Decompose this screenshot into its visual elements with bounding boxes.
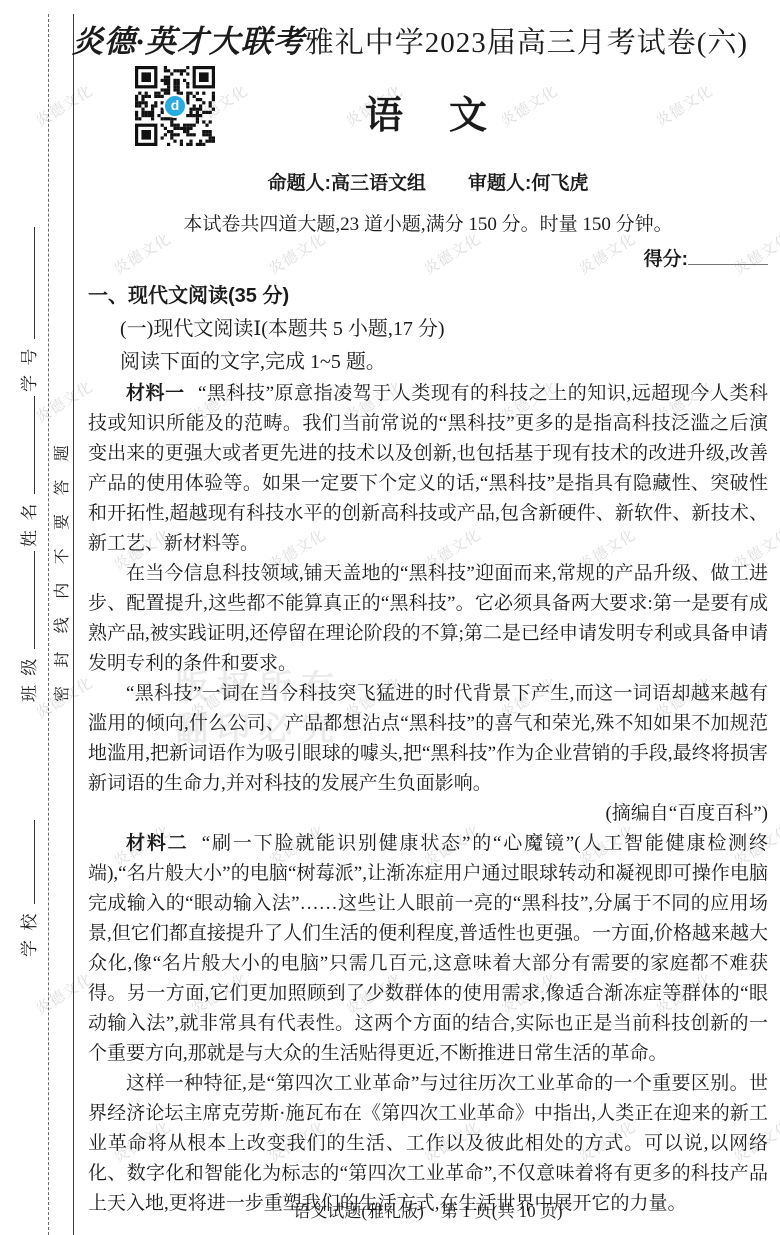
setter-label: 命题人:高三语文组 <box>268 173 426 194</box>
material-1-label: 材料一 <box>126 383 185 404</box>
exam-info-line: 本试卷共四道大题,23 道小题,满分 150 分。时量 150 分钟。 <box>88 209 768 236</box>
material-2-paragraph-2-text: 这样一种特征,是“第四次工业革命”与过往历次工业革命的一个重要区别。世界经济论坛… <box>88 1073 768 1214</box>
material-1-paragraph-1-text: “黑科技”原意指凌驾于人类现有的科技之上的知识,远超现今人类科技或知识所能及的范… <box>88 383 768 554</box>
seal-solid-line <box>73 14 74 1235</box>
field-class-label: 班级 <box>20 649 39 702</box>
reading-instruction: 阅读下面的文字,完成 1~5 题。 <box>88 346 768 379</box>
score-block: 得分: <box>88 244 768 271</box>
subsection-heading: (一)现代文阅读Ⅰ(本题共 5 小题,17 分) <box>88 313 768 346</box>
field-name-blank <box>16 396 35 494</box>
material-1-paragraph-2-text: 在当今信息科技领域,铺天盖地的“黑科技”迎面而来,常规的产品升级、做工进步、配置… <box>88 563 768 674</box>
material-1-paragraph-3: “黑科技”一词在当今科技突飞猛进的时代背景下产生,而这一词语却越来越有滥用的倾向… <box>88 679 768 799</box>
field-class: 班级 <box>16 551 41 702</box>
seal-instruction-text: 密封线内不要答题 <box>53 427 73 702</box>
setter-reviewer-row: 命题人:高三语文组审题人:何飞虎 <box>88 168 768 195</box>
field-school-blank <box>16 820 35 904</box>
field-student-id-blank <box>16 227 35 339</box>
material-1-paragraph-3-text: “黑科技”一词在当今科技突飞猛进的时代背景下产生,而这一词语却越来越有滥用的倾向… <box>88 683 768 794</box>
field-name-label: 姓名 <box>20 494 39 547</box>
material-1-paragraph-1: 材料一“黑科技”原意指凌驾于人类现有的科技之上的知识,远超现今人类科技或知识所能… <box>88 379 768 559</box>
field-student-id: 学号 <box>16 227 41 392</box>
field-class-blank <box>16 551 35 649</box>
subject-title: 语 文 <box>88 84 768 139</box>
seal-dashed-line <box>48 14 49 1235</box>
material-1-paragraph-2: 在当今信息科技领域,铺天盖地的“黑科技”迎面而来,常规的产品升级、做工进步、配置… <box>88 559 768 679</box>
exam-title-rest: 雅礼中学2023届高三月考试卷(六) <box>305 27 748 59</box>
material-2-label: 材料二 <box>126 833 188 854</box>
main-content: 一、现代文阅读(35 分) (一)现代文阅读Ⅰ(本题共 5 小题,17 分) 阅… <box>88 280 768 1219</box>
score-label: 得分: <box>644 249 688 270</box>
exam-paper-page: 炎德文化炎德文化炎德文化炎德文化炎德文化炎德文化炎德文化炎德文化炎德文化炎德文化… <box>0 0 780 1235</box>
source-attribution: (摘编自“百度百科”) <box>88 799 768 829</box>
section-heading: 一、现代文阅读(35 分) <box>88 280 768 313</box>
exam-title-brand: 炎德·英才大联考 <box>72 24 305 59</box>
score-blank <box>688 244 768 265</box>
exam-title: 炎德·英才大联考雅礼中学2023届高三月考试卷(六) <box>60 16 760 61</box>
page-footer: 语文试题(雅礼版) 第 1 页(共 10 页) <box>88 1197 768 1222</box>
field-school: 学校 <box>16 820 41 957</box>
reviewer-label: 审题人:何飞虎 <box>468 173 588 194</box>
field-name: 姓名 <box>16 396 41 547</box>
field-school-label: 学校 <box>20 904 39 957</box>
field-student-id-label: 学号 <box>20 339 39 392</box>
material-2-paragraph-1: 材料二“刷一下脸就能识别健康状态”的“心魔镜”(人工智能健康检测终端),“名片般… <box>88 829 768 1069</box>
material-2-paragraph-1-text: “刷一下脸就能识别健康状态”的“心魔镜”(人工智能健康检测终端),“名片般大小”… <box>88 833 768 1064</box>
